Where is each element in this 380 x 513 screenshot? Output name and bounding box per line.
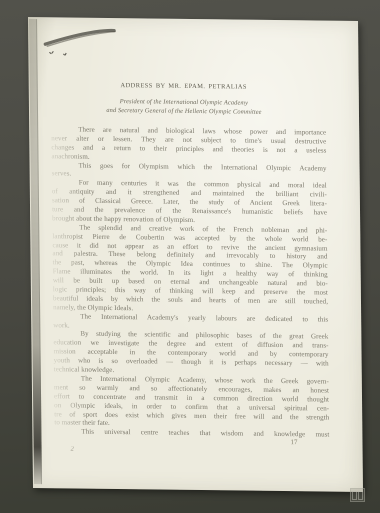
page-heading: ADDRESS BY MR. EPAM. PETRALIAS President…	[29, 81, 339, 118]
signature-mark: 2	[71, 445, 74, 452]
paragraph: The splendid and creative work of the Fr…	[52, 223, 328, 315]
screenshot-root: { "colors": { "backdrop_top": "#52524b",…	[0, 0, 380, 513]
paragraph: By studying the scientific and philosoph…	[53, 330, 328, 378]
paragraph: This universal centre teaches that wisdo…	[54, 428, 329, 440]
scan-backdrop: ADDRESS BY MR. EPAM. PETRALIAS President…	[0, 0, 380, 513]
pencil-scribble-icon	[43, 25, 117, 56]
watermark-badge-icon	[350, 488, 365, 502]
paragraph: The International Olympic Academy, whose…	[54, 374, 330, 431]
scanned-page: ADDRESS BY MR. EPAM. PETRALIAS President…	[28, 17, 363, 492]
page-title: ADDRESS BY MR. EPAM. PETRALIAS	[29, 81, 339, 93]
body-text: There are natural and biological laws wh…	[51, 125, 329, 439]
text-line: This universal centre teaches that wisdo…	[54, 428, 329, 440]
paragraph: There are natural and biological laws wh…	[51, 125, 326, 164]
page-number: 17	[290, 438, 297, 446]
paragraph: For many centuries it was the common phy…	[52, 179, 327, 227]
page-subtitle: President of the International Olympic A…	[29, 96, 339, 118]
